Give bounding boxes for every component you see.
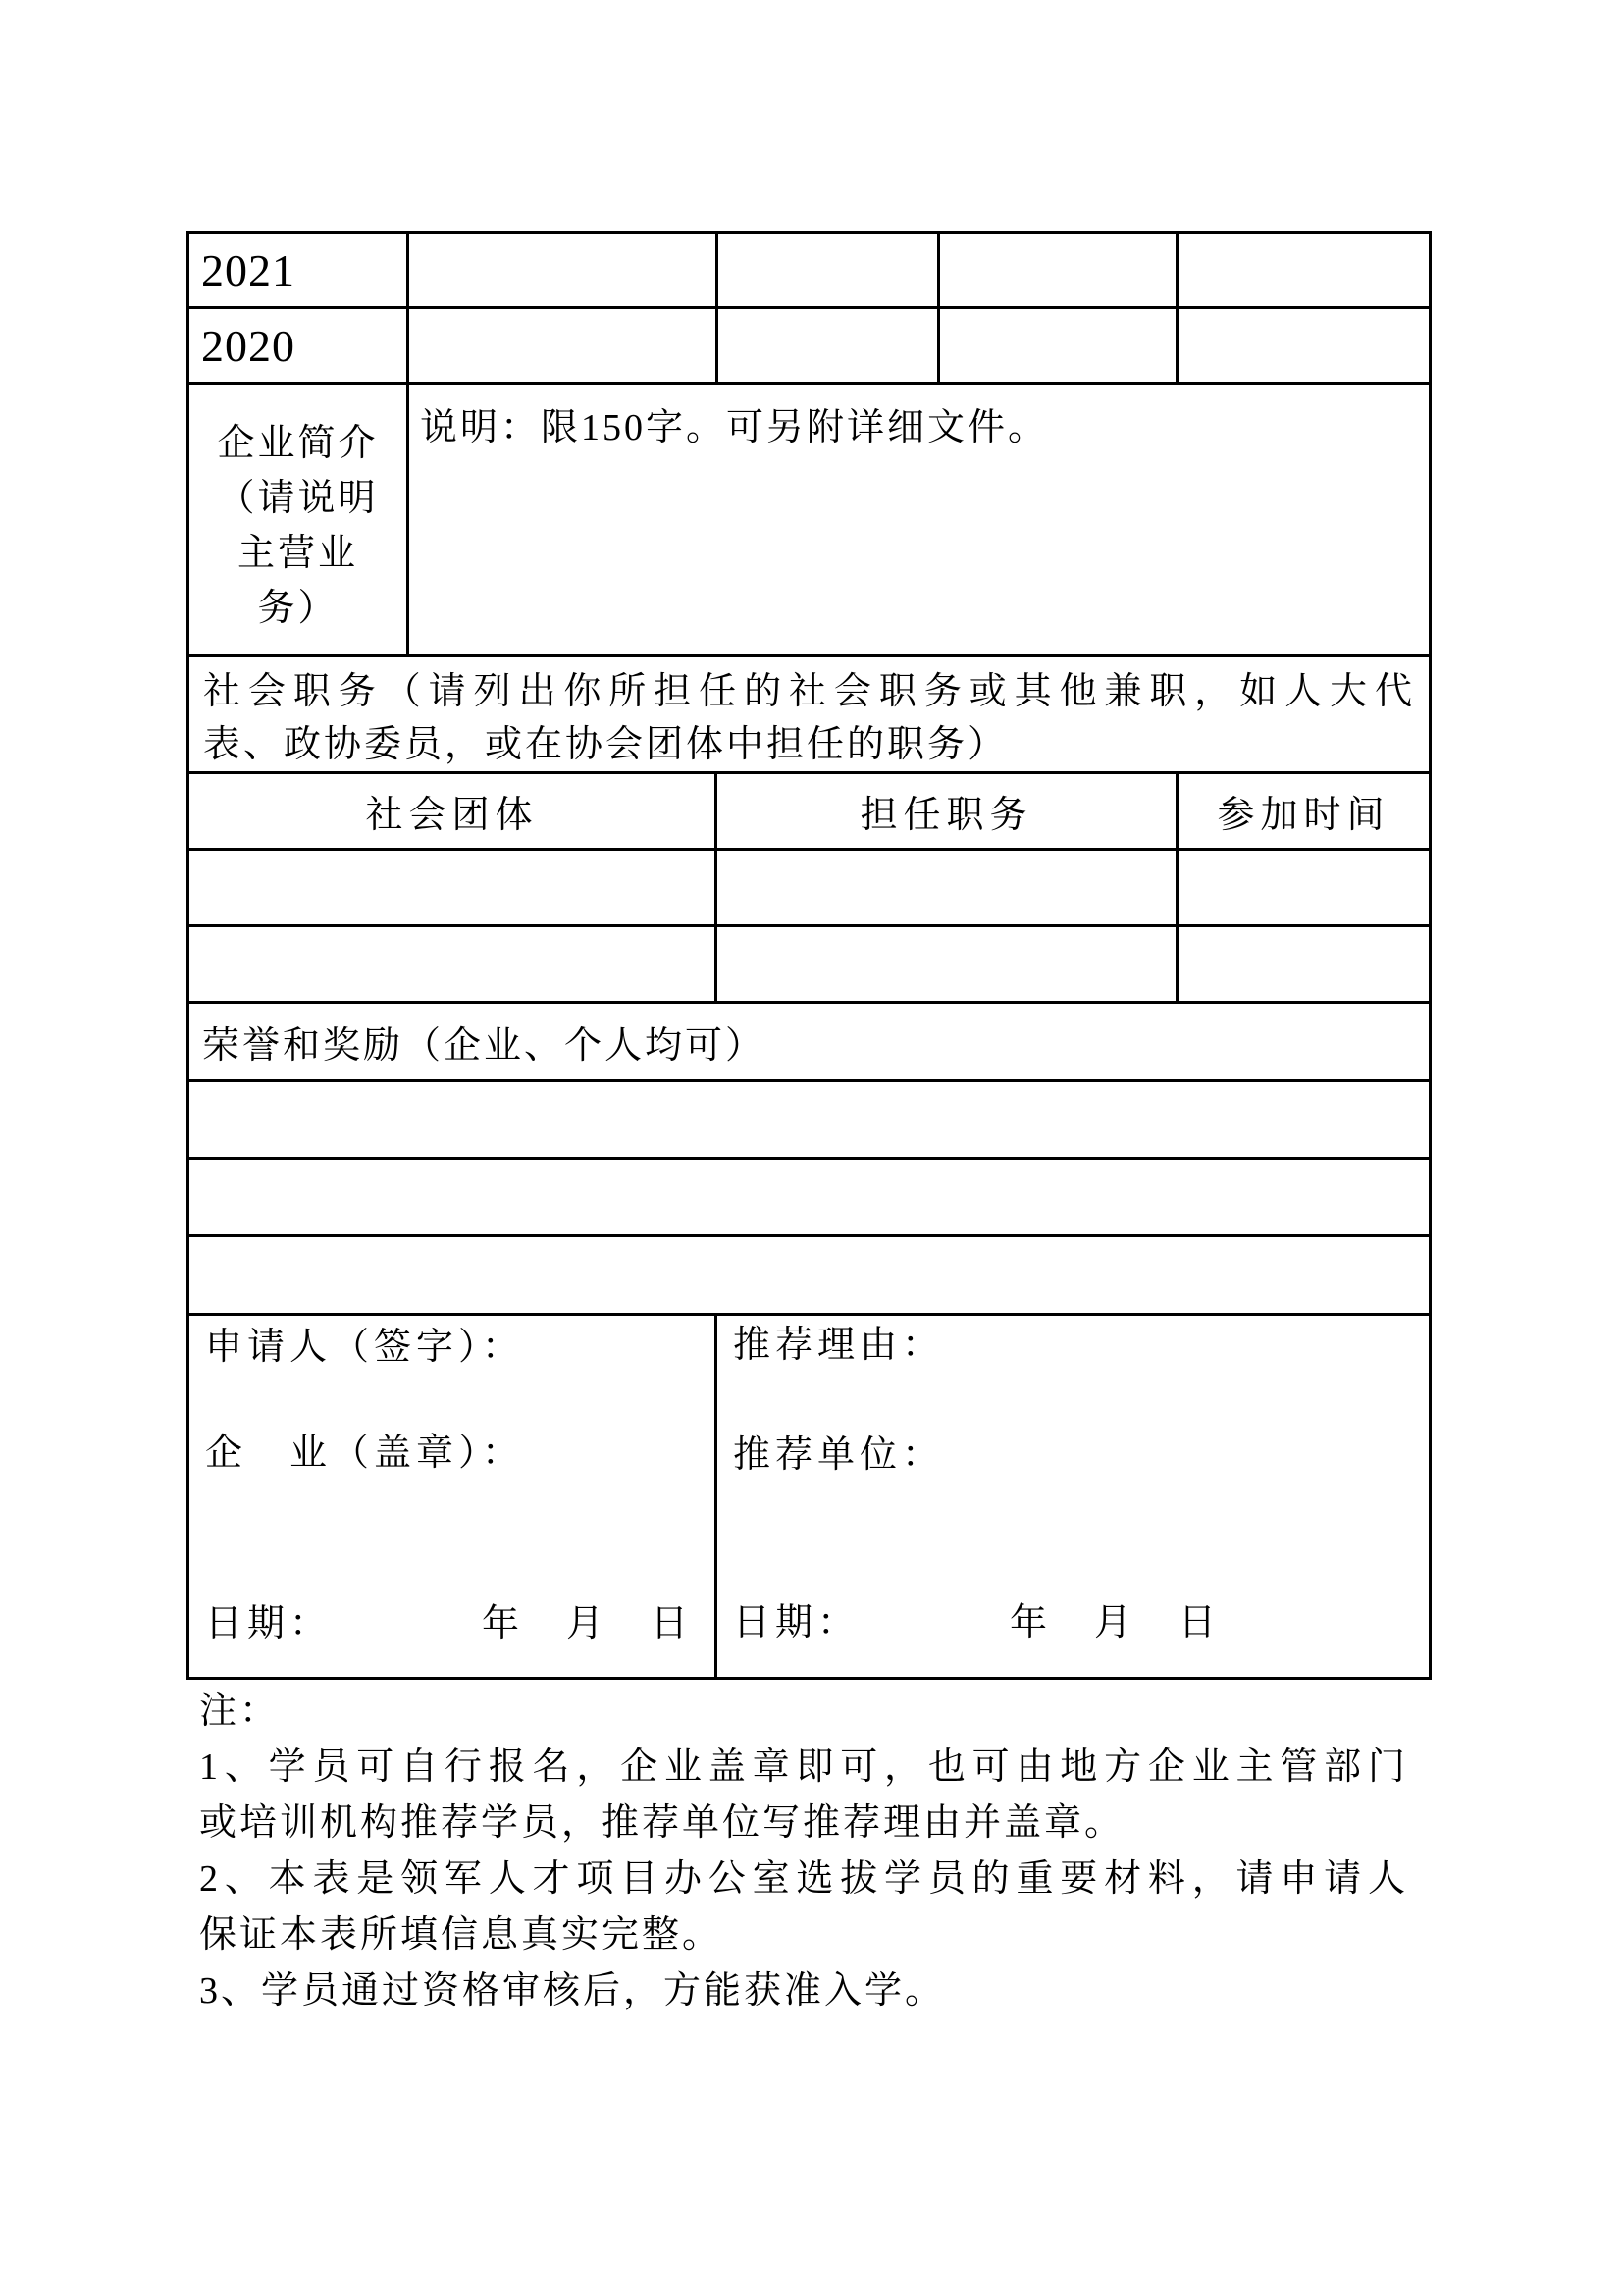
empty-cell bbox=[718, 234, 940, 306]
table-row-signatures: 申请人（签字）： 企 业（盖章）： 日期： 年 月 日 推荐理由： 推荐单位： … bbox=[189, 1316, 1429, 1677]
note-line-3: 3、学员通过资格审核后，方能获准入学。 bbox=[199, 1963, 1408, 2019]
recommend-date-line: 日期： 年 月 日 bbox=[733, 1601, 1429, 1644]
applicant-signature-cell: 申请人（签字）： 企 业（盖章）： 日期： 年 月 日 bbox=[189, 1316, 717, 1677]
header-label: 担任职务 bbox=[860, 784, 1032, 838]
applicant-date-line: 日期： 年 月 日 bbox=[205, 1602, 714, 1645]
empty-cell bbox=[1179, 309, 1429, 382]
application-form-table: 2021 2020 企业简介 （请说明 主营业 务） bbox=[186, 231, 1432, 1680]
empty-cell bbox=[717, 851, 1179, 924]
recommend-reason-label: 推荐理由： bbox=[733, 1324, 1429, 1367]
empty-cell bbox=[940, 234, 1179, 306]
year-label: 2020 bbox=[201, 320, 295, 372]
table-row-honors-1 bbox=[189, 1082, 1429, 1160]
empty-cell bbox=[189, 1082, 1429, 1157]
recommendation-cell: 推荐理由： 推荐单位： 日期： 年 月 日 bbox=[717, 1316, 1429, 1677]
empty-cell bbox=[1179, 927, 1429, 1001]
table-row-year-2020: 2020 bbox=[189, 309, 1429, 385]
header-social-group: 社会团体 bbox=[189, 774, 717, 848]
company-seal-label: 企 业（盖章）： bbox=[205, 1432, 714, 1475]
company-profile-label-line: 主营业 bbox=[237, 526, 358, 581]
company-profile-label: 企业简介 （请说明 主营业 务） bbox=[189, 385, 409, 654]
table-row-year-2021: 2021 bbox=[189, 234, 1429, 309]
empty-cell bbox=[189, 851, 717, 924]
notes-section: 注： 1、学员可自行报名，企业盖章即可，也可由地方企业主管部门 或培训机构推荐学… bbox=[199, 1684, 1408, 2019]
applicant-signature-label: 申请人（签字）： bbox=[205, 1326, 714, 1369]
note-line-2: 2、本表是领军人才项目办公室选拔学员的重要材料，请申请人 bbox=[199, 1852, 1408, 1907]
header-position-held: 担任职务 bbox=[717, 774, 1179, 848]
empty-cell bbox=[1179, 851, 1429, 924]
header-join-time: 参加时间 bbox=[1179, 774, 1429, 848]
company-profile-note: 说明：限150字。可另附详细文件。 bbox=[420, 407, 1048, 448]
header-label: 参加时间 bbox=[1217, 784, 1389, 838]
empty-cell bbox=[717, 927, 1179, 1001]
empty-cell bbox=[409, 234, 718, 306]
recommend-unit-label: 推荐单位： bbox=[733, 1434, 1429, 1477]
social-duty-heading-line1: 社会职务（请列出你所担任的社会职务或其他兼职，如人大代 bbox=[203, 665, 1415, 718]
notes-title: 注： bbox=[199, 1684, 1408, 1740]
empty-cell bbox=[718, 309, 940, 382]
table-row-honors-3 bbox=[189, 1237, 1429, 1316]
empty-cell bbox=[189, 1160, 1429, 1234]
note-line-1: 1、学员可自行报名，企业盖章即可，也可由地方企业主管部门 bbox=[199, 1740, 1408, 1796]
table-row-social-groups-1 bbox=[189, 851, 1429, 927]
social-duty-heading-line2: 表、政协委员，或在协会团体中担任的职务） bbox=[203, 718, 1415, 771]
company-profile-content-cell: 说明：限150字。可另附详细文件。 bbox=[409, 385, 1429, 654]
empty-cell bbox=[1179, 234, 1429, 306]
year-label-cell: 2020 bbox=[189, 309, 409, 382]
empty-cell bbox=[940, 309, 1179, 382]
table-row-honors-title: 荣誉和奖励（企业、个人均可） bbox=[189, 1004, 1429, 1082]
social-duty-heading-cell: 社会职务（请列出你所担任的社会职务或其他兼职，如人大代 表、政协委员，或在协会团… bbox=[189, 657, 1429, 771]
table-row-social-groups-2 bbox=[189, 927, 1429, 1004]
note-line-1-cont: 或培训机构推荐学员，推荐单位写推荐理由并盖章。 bbox=[199, 1796, 1408, 1852]
company-profile-label-line: （请说明 bbox=[217, 471, 378, 526]
table-row-social-duty-heading: 社会职务（请列出你所担任的社会职务或其他兼职，如人大代 表、政协委员，或在协会团… bbox=[189, 657, 1429, 774]
header-label: 社会团体 bbox=[365, 784, 538, 838]
document-page: 2021 2020 企业简介 （请说明 主营业 务） bbox=[0, 0, 1624, 2295]
table-row-honors-2 bbox=[189, 1160, 1429, 1237]
table-row-social-groups-header: 社会团体 担任职务 参加时间 bbox=[189, 774, 1429, 851]
empty-cell bbox=[189, 927, 717, 1001]
table-row-company-profile: 企业简介 （请说明 主营业 务） 说明：限150字。可另附详细文件。 bbox=[189, 385, 1429, 657]
honors-title-cell: 荣誉和奖励（企业、个人均可） bbox=[189, 1004, 1429, 1079]
honors-title: 荣誉和奖励（企业、个人均可） bbox=[202, 1015, 765, 1069]
note-line-2-cont: 保证本表所填信息真实完整。 bbox=[199, 1907, 1408, 1963]
year-label: 2021 bbox=[201, 244, 295, 296]
empty-cell bbox=[189, 1237, 1429, 1313]
empty-cell bbox=[409, 309, 718, 382]
company-profile-label-line: 企业简介 bbox=[217, 416, 378, 471]
company-profile-label-line: 务） bbox=[257, 581, 338, 636]
year-label-cell: 2021 bbox=[189, 234, 409, 306]
